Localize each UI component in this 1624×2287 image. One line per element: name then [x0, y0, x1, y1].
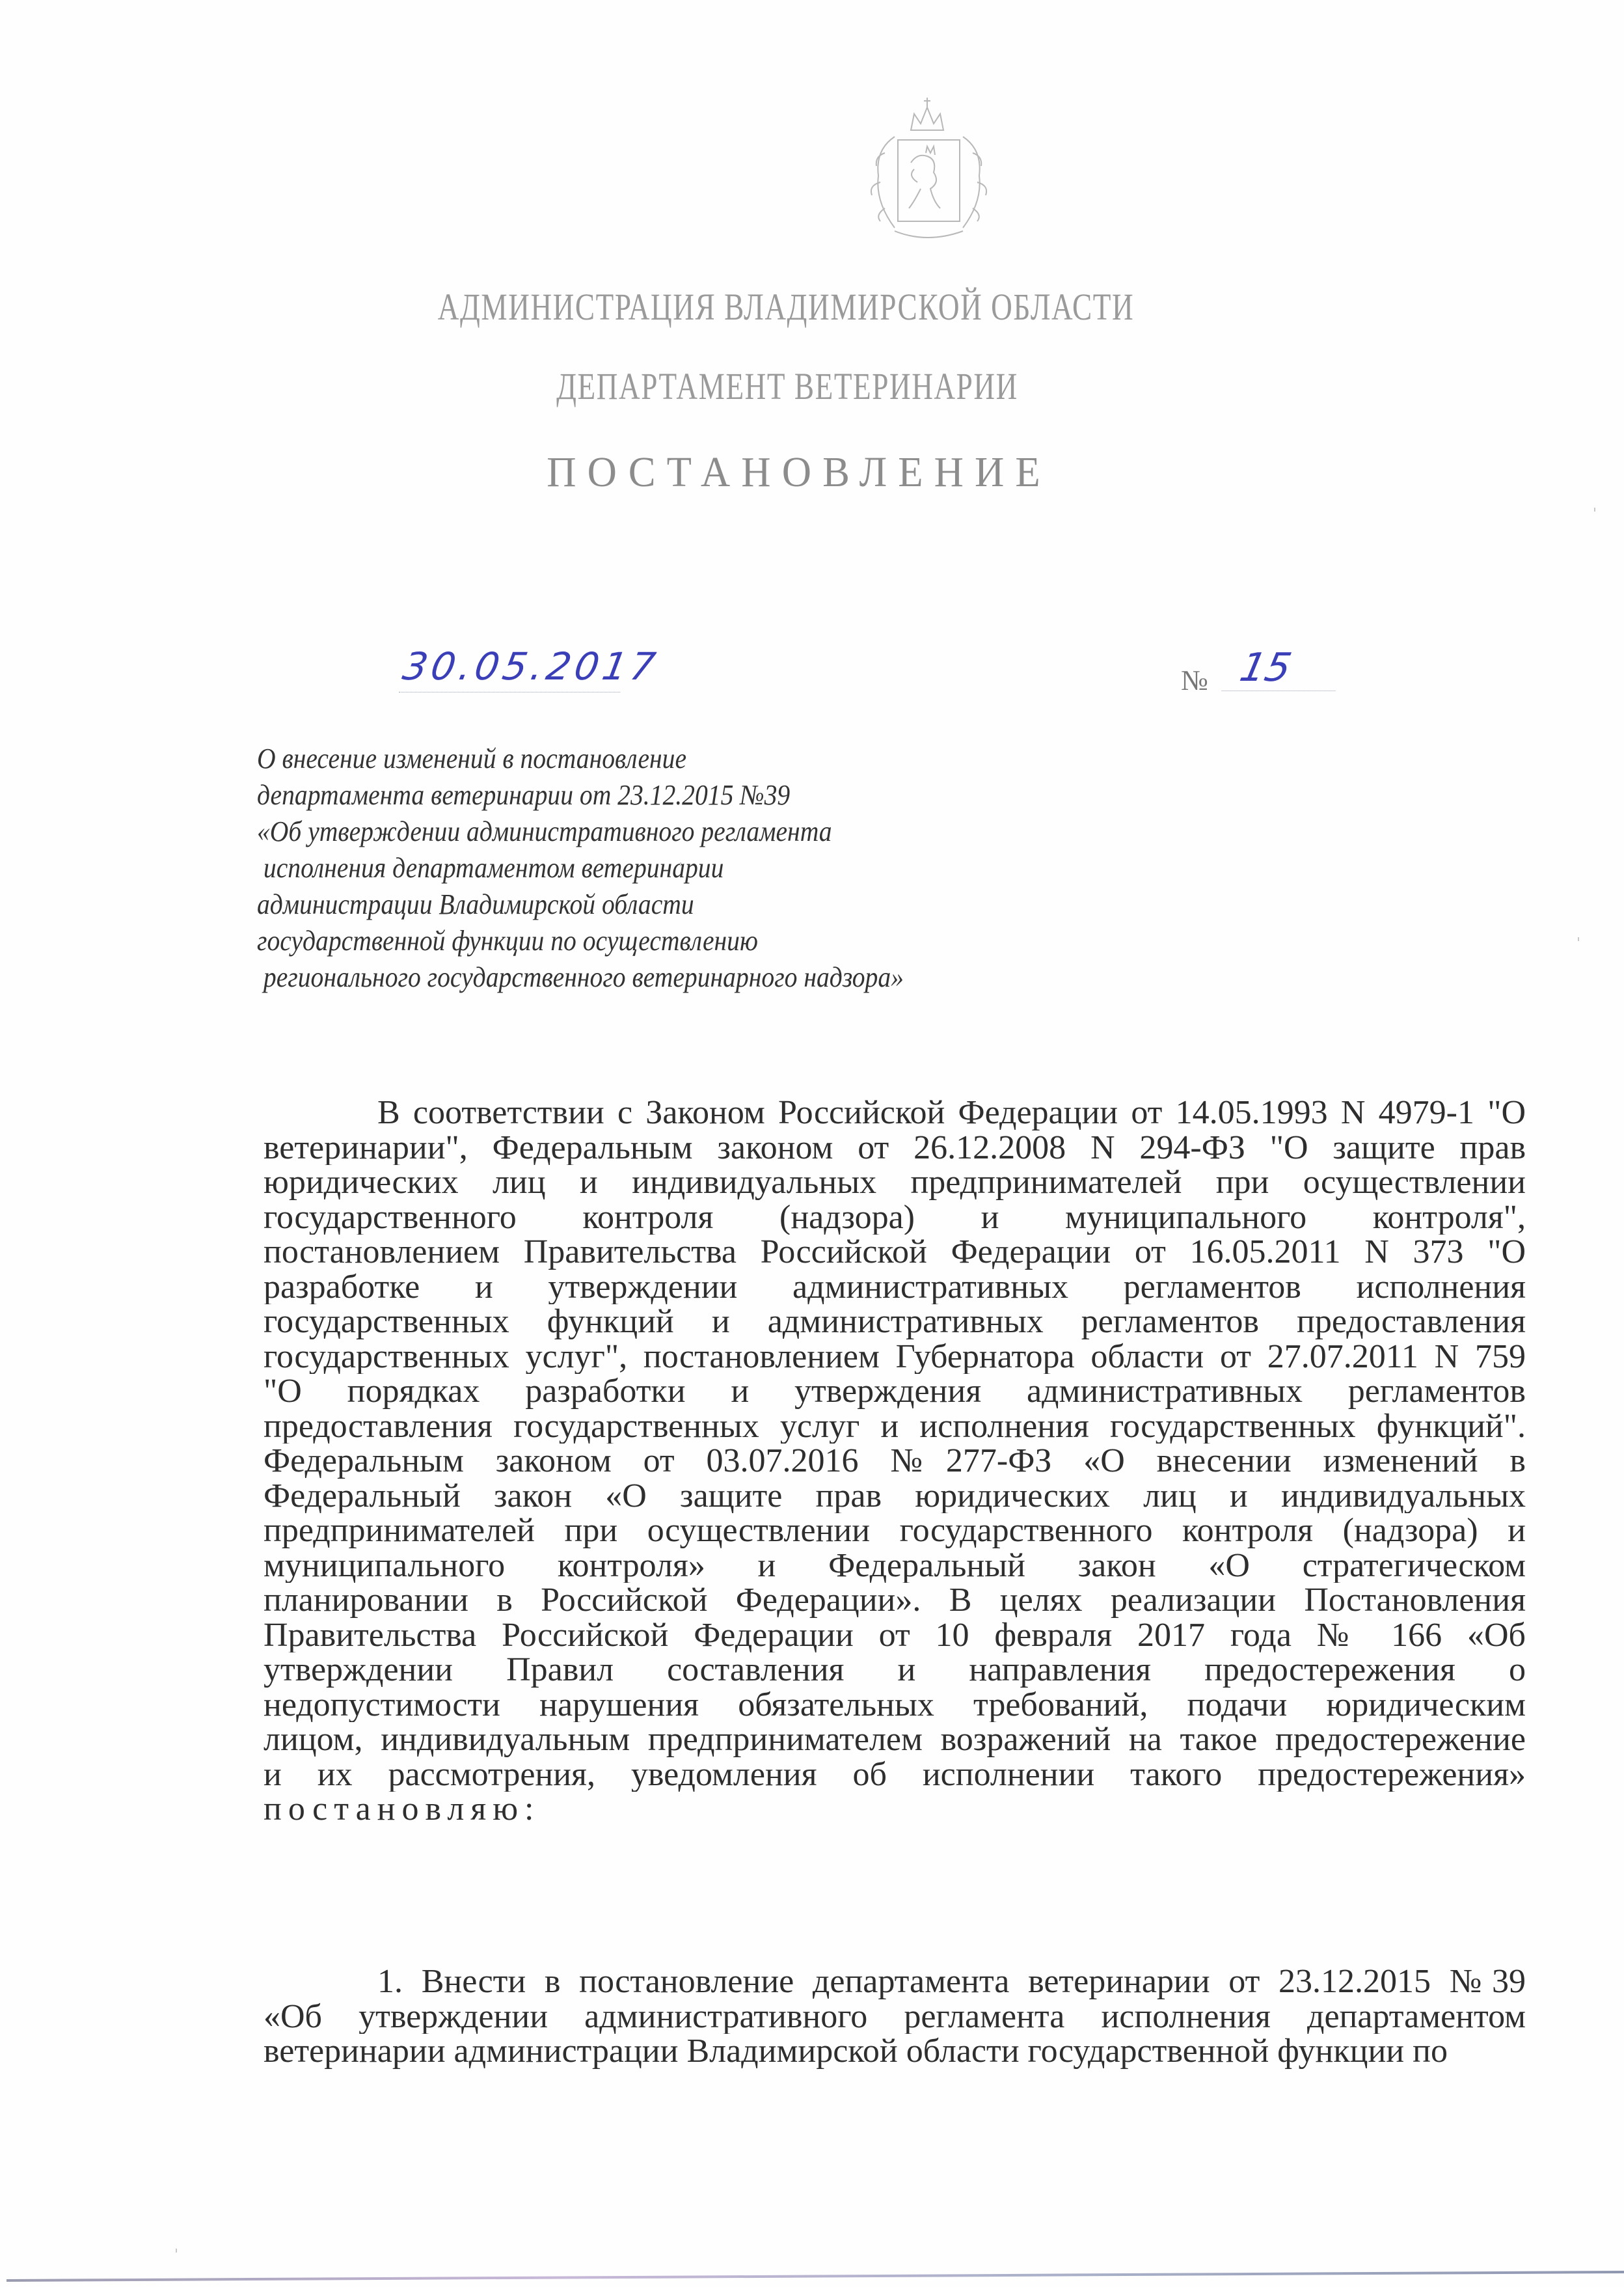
text-line: ветеринарии", Федеральным законом от 26.…	[264, 1130, 1526, 1166]
text-line: планировании в Российской Федерации». В …	[264, 1583, 1526, 1618]
subject-line: «Об утверждении административного реглам…	[257, 814, 1077, 850]
text-line: Федеральный закон «О защите прав юридиче…	[264, 1479, 1526, 1514]
department-name: ДЕПАРТАМЕНТ ВЕТЕРИНАРИИ	[154, 364, 1421, 408]
document-subject: О внесение изменений в постановление деп…	[257, 741, 1077, 996]
text-line: утверждении Правил составления и направл…	[264, 1652, 1526, 1688]
text-line: государственных услуг", постановлением Г…	[264, 1339, 1526, 1375]
scan-speck	[1578, 937, 1579, 941]
text-line: постановлением Правительства Российской …	[264, 1235, 1526, 1270]
subject-line: департамента ветеринарии от 23.12.2015 №…	[257, 777, 1077, 814]
text-line: предпринимателей при осуществлении госуд…	[264, 1513, 1526, 1548]
text-line: Правительства Российской Федерации от 10…	[264, 1618, 1526, 1653]
text-line: лицом, индивидуальным предпринимателем в…	[264, 1722, 1526, 1757]
text-line: муниципального контроля» и Федеральный з…	[264, 1548, 1526, 1583]
text-line: ветеринарии администрации Владимирской о…	[264, 2034, 1526, 2069]
clause-1: 1. Внести в постановление департамента в…	[264, 1964, 1526, 2069]
text-line: "О порядках разработки и утверждения адм…	[264, 1374, 1526, 1409]
subject-line: администрации Владимирской области	[257, 886, 1077, 923]
text-line: и их рассмотрения, уведомления об исполн…	[264, 1757, 1526, 1792]
scan-speck	[680, 862, 681, 866]
organization-name: АДМИНИСТРАЦИЯ ВЛАДИМИРСКОЙ ОБЛАСТИ	[153, 285, 1420, 329]
text-line: юридических лиц и индивидуальных предпри…	[264, 1165, 1526, 1200]
text-line: 1. Внести в постановление департамента в…	[264, 1964, 1526, 1999]
document-date-field: 30.05.2017	[399, 641, 629, 692]
subject-line: регионального государственного ветеринар…	[257, 959, 1077, 996]
text-line: недопустимости нарушения обязательных тр…	[264, 1688, 1526, 1723]
page-bottom-edge	[7, 2271, 1624, 2282]
text-line: разработке и утверждении административны…	[264, 1270, 1526, 1305]
subject-line: государственной функции по осуществлению	[257, 923, 1077, 959]
preamble-paragraph: В соответствии с Законом Российской Феде…	[264, 1095, 1526, 1827]
coat-of-arms-icon	[849, 91, 1005, 254]
subject-line: исполнения департаментом ветеринарии	[257, 850, 1077, 886]
text-line: В соответствии с Законом Российской Феде…	[264, 1095, 1526, 1130]
text-line: государственных функций и административн…	[264, 1304, 1526, 1339]
document-number-field: 15	[1221, 644, 1345, 691]
scan-speck	[1594, 508, 1595, 512]
text-line: «Об утверждении административного реглам…	[264, 1999, 1526, 2034]
text-line: предоставления государственных услуг и и…	[264, 1409, 1526, 1444]
number-label: №	[1181, 664, 1208, 697]
document-page: АДМИНИСТРАЦИЯ ВЛАДИМИРСКОЙ ОБЛАСТИ ДЕПАР…	[0, 0, 1624, 2287]
subject-line: О внесение изменений в постановление	[257, 741, 1077, 777]
scan-speck	[176, 2249, 177, 2253]
text-line: Федеральным законом от 03.07.2016 №277-Ф…	[264, 1444, 1526, 1479]
resolve-word: постановляю:	[264, 1792, 1526, 1827]
document-type-title: ПОСТАНОВЛЕНИЕ	[27, 448, 1570, 497]
text-line: государственного контроля (надзора) и му…	[264, 1200, 1526, 1235]
